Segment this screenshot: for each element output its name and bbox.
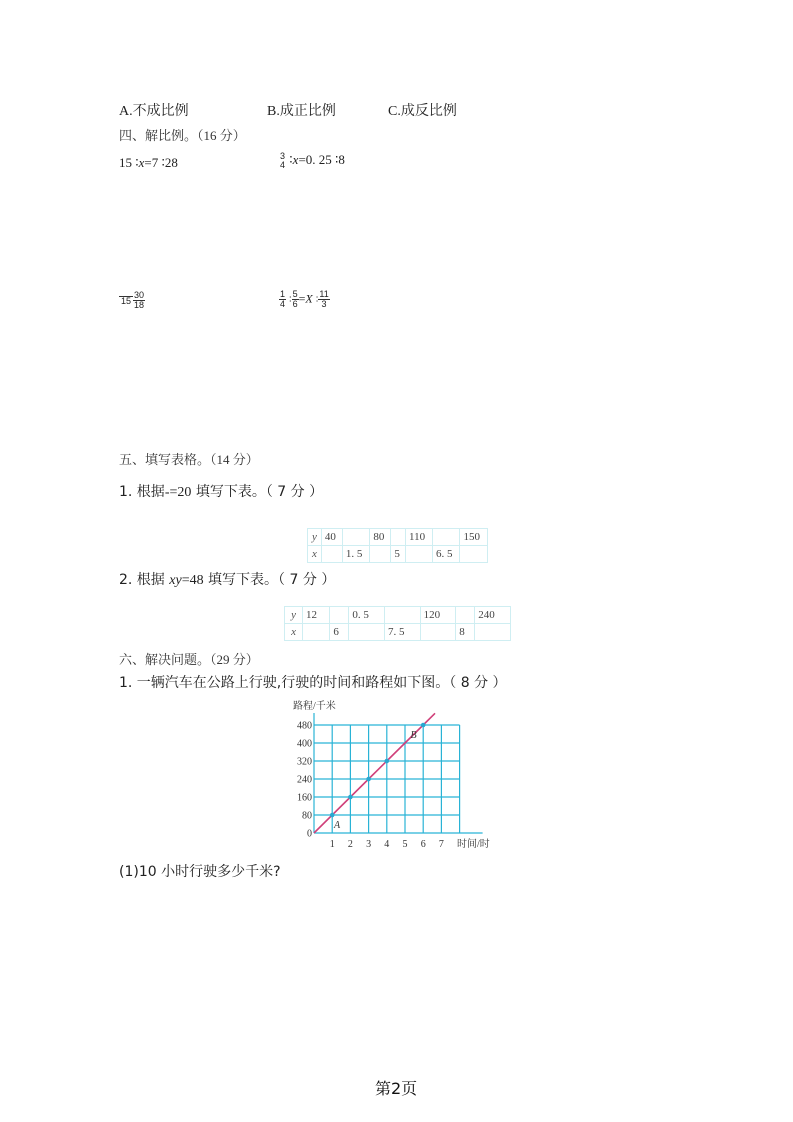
point-annotations: AB — [333, 730, 417, 831]
option-a: A.不成比例 — [119, 100, 189, 120]
table-row: x 6 7. 5 8 — [285, 624, 511, 641]
question-5-2: 2. 根据 xy=48 填写下表。（ 7 分 ） — [119, 569, 335, 589]
svg-text:6: 6 — [421, 839, 426, 850]
x-tick-labels: 1234567 — [330, 839, 444, 850]
svg-text:A: A — [333, 820, 341, 831]
question-6-1: 1. 一辆汽车在公路上行驶,行驶的时间和路程如下图。（ 8 分 ） — [119, 672, 507, 692]
svg-text:0: 0 — [307, 829, 312, 840]
svg-text:240: 240 — [297, 775, 312, 786]
section5-title: 五、填写表格。（14 分） — [119, 449, 259, 468]
equation-1: 15 ∶x=7 ∶28 — [119, 155, 178, 171]
svg-text:3: 3 — [366, 839, 371, 850]
table-row: y 12 0. 5 120 240 — [285, 607, 511, 624]
svg-text:4: 4 — [384, 839, 389, 850]
fraction: 34 — [279, 152, 286, 170]
svg-text:7: 7 — [439, 839, 444, 850]
question-5-1: 1. 根据-=20 填写下表。（ 7 分 ） — [119, 481, 323, 501]
section4-title: 四、解比例。（16 分） — [119, 125, 246, 144]
distance-time-chart: 路程/千米 080160240320400480 1234567 AB 时间/时 — [285, 695, 505, 855]
table-1: y 40 80 110 150 x 1. 5 5 6. 5 — [307, 528, 488, 563]
svg-text:400: 400 — [297, 739, 312, 750]
svg-text:2: 2 — [348, 839, 353, 850]
option-b: B.成正比例 — [267, 100, 336, 120]
svg-text:160: 160 — [297, 793, 312, 804]
svg-text:480: 480 — [297, 721, 312, 732]
section6-title: 六、解决问题。（29 分） — [119, 649, 259, 668]
svg-text:B: B — [410, 730, 416, 741]
option-c: C.成反比例 — [388, 100, 457, 120]
sub-question-1: (1)10 小时行驶多少千米? — [119, 861, 281, 881]
svg-text:80: 80 — [302, 811, 312, 822]
svg-text:5: 5 — [403, 839, 408, 850]
x-axis-label: 时间/时 — [457, 837, 490, 850]
equation-3: 153018 — [119, 290, 145, 310]
svg-text:1: 1 — [330, 839, 335, 850]
fraction: 15 — [119, 296, 133, 306]
chart-grid — [314, 725, 460, 833]
equation-2: 34 ∶x=0. 25 ∶8 — [279, 152, 345, 170]
svg-text:320: 320 — [297, 757, 312, 768]
y-tick-labels: 080160240320400480 — [297, 721, 312, 840]
table-2: y 12 0. 5 120 240 x 6 7. 5 8 — [284, 606, 511, 641]
table-row: x 1. 5 5 6. 5 — [308, 546, 488, 563]
equation-4: 14 ∶56=X ∶113 — [279, 290, 330, 309]
page-number: 第2页 — [375, 1076, 417, 1099]
y-axis-label: 路程/千米 — [293, 699, 336, 712]
table-row: y 40 80 110 150 — [308, 529, 488, 546]
